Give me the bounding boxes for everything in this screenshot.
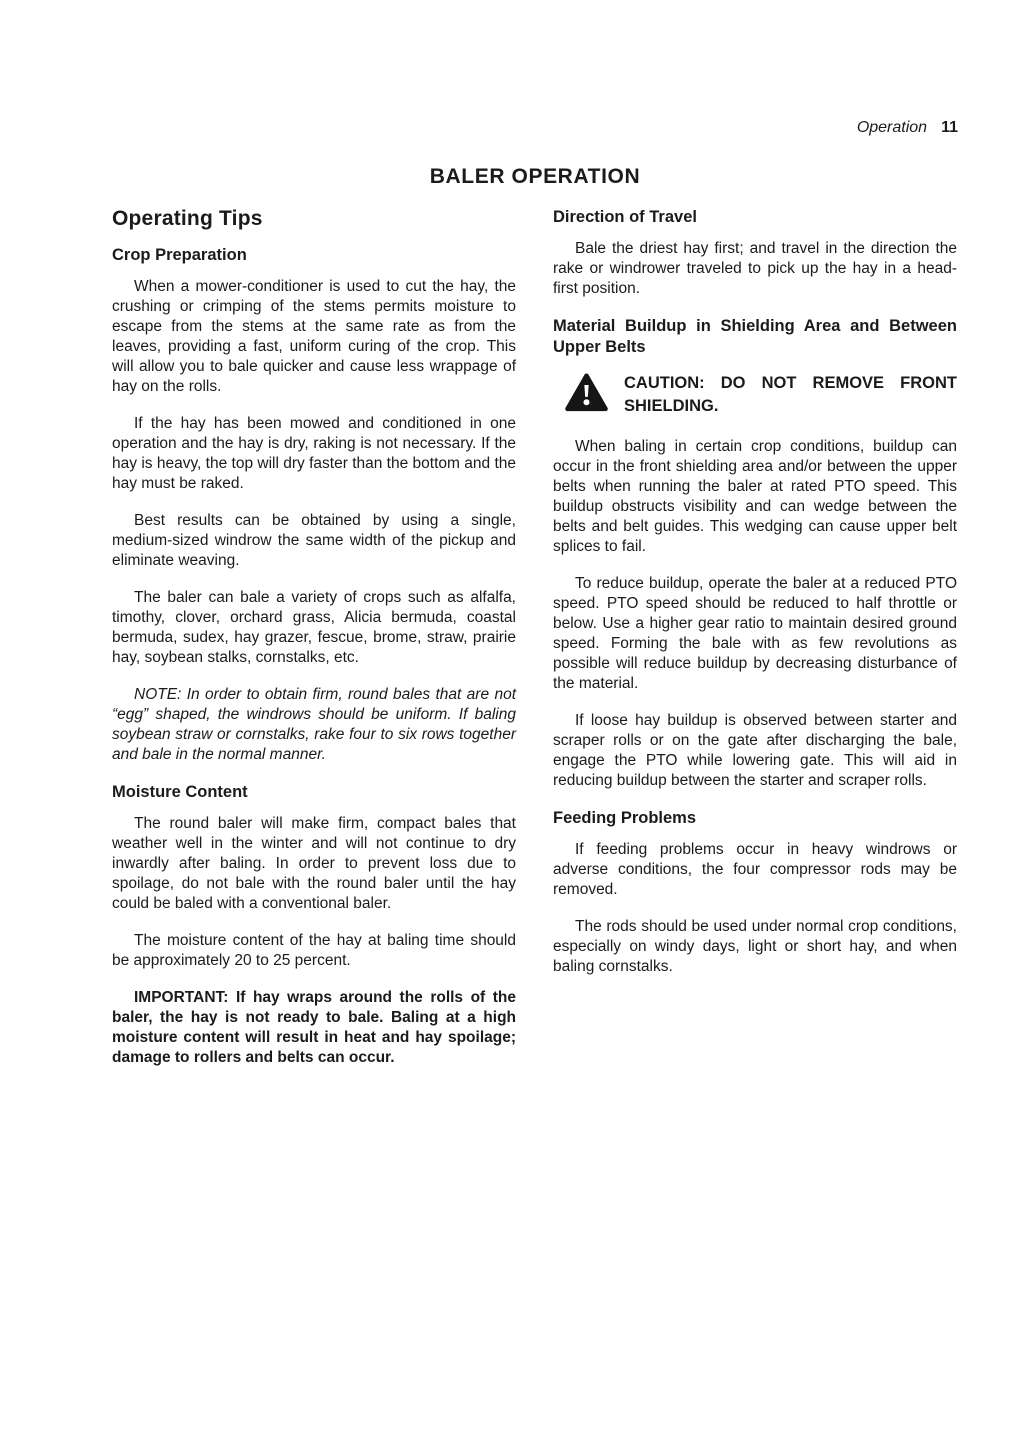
- feeding-paragraph-2: The rods should be used under normal cro…: [553, 917, 957, 977]
- running-header: Operation11: [112, 118, 958, 138]
- section-label: Operation: [857, 119, 927, 136]
- crop-preparation-heading: Crop Preparation: [112, 245, 516, 266]
- material-buildup-heading: Material Buildup in Shielding Area and B…: [553, 316, 957, 358]
- crop-paragraph-4: The baler can bale a variety of crops su…: [112, 588, 516, 668]
- caution-text: CAUTION: DO NOT REMOVE FRONT SHIELDING.: [624, 372, 957, 418]
- page-number: 11: [941, 119, 958, 136]
- feeding-problems-heading: Feeding Problems: [553, 808, 957, 829]
- page-title: BALER OPERATION: [112, 164, 958, 190]
- buildup-paragraph-3: If loose hay buildup is observed between…: [553, 711, 957, 791]
- caution-warning-triangle-icon: [565, 373, 608, 418]
- manual-page: Operation11 BALER OPERATION Operating Ti…: [0, 0, 1024, 1449]
- caution-callout: CAUTION: DO NOT REMOVE FRONT SHIELDING.: [553, 372, 957, 418]
- moisture-content-heading: Moisture Content: [112, 782, 516, 803]
- important-paragraph: IMPORTANT: If hay wraps around the rolls…: [112, 988, 516, 1068]
- crop-paragraph-2: If the hay has been mowed and conditione…: [112, 414, 516, 494]
- moisture-paragraph-1: The round baler will make firm, compact …: [112, 814, 516, 914]
- operating-tips-heading: Operating Tips: [112, 207, 516, 231]
- two-column-layout: Operating Tips Crop Preparation When a m…: [112, 207, 958, 1085]
- buildup-paragraph-1: When baling in certain crop conditions, …: [553, 437, 957, 557]
- crop-paragraph-1: When a mower-conditioner is used to cut …: [112, 277, 516, 397]
- buildup-paragraph-2: To reduce buildup, operate the baler at …: [553, 574, 957, 694]
- left-column: Operating Tips Crop Preparation When a m…: [112, 207, 516, 1085]
- direction-of-travel-heading: Direction of Travel: [553, 207, 957, 228]
- right-column: Direction of Travel Bale the driest hay …: [553, 207, 957, 994]
- note-paragraph: NOTE: In order to obtain firm, round bal…: [112, 685, 516, 765]
- moisture-paragraph-2: The moisture content of the hay at balin…: [112, 931, 516, 971]
- feeding-paragraph-1: If feeding problems occur in heavy windr…: [553, 840, 957, 900]
- crop-paragraph-3: Best results can be obtained by using a …: [112, 511, 516, 571]
- direction-paragraph: Bale the driest hay first; and travel in…: [553, 239, 957, 299]
